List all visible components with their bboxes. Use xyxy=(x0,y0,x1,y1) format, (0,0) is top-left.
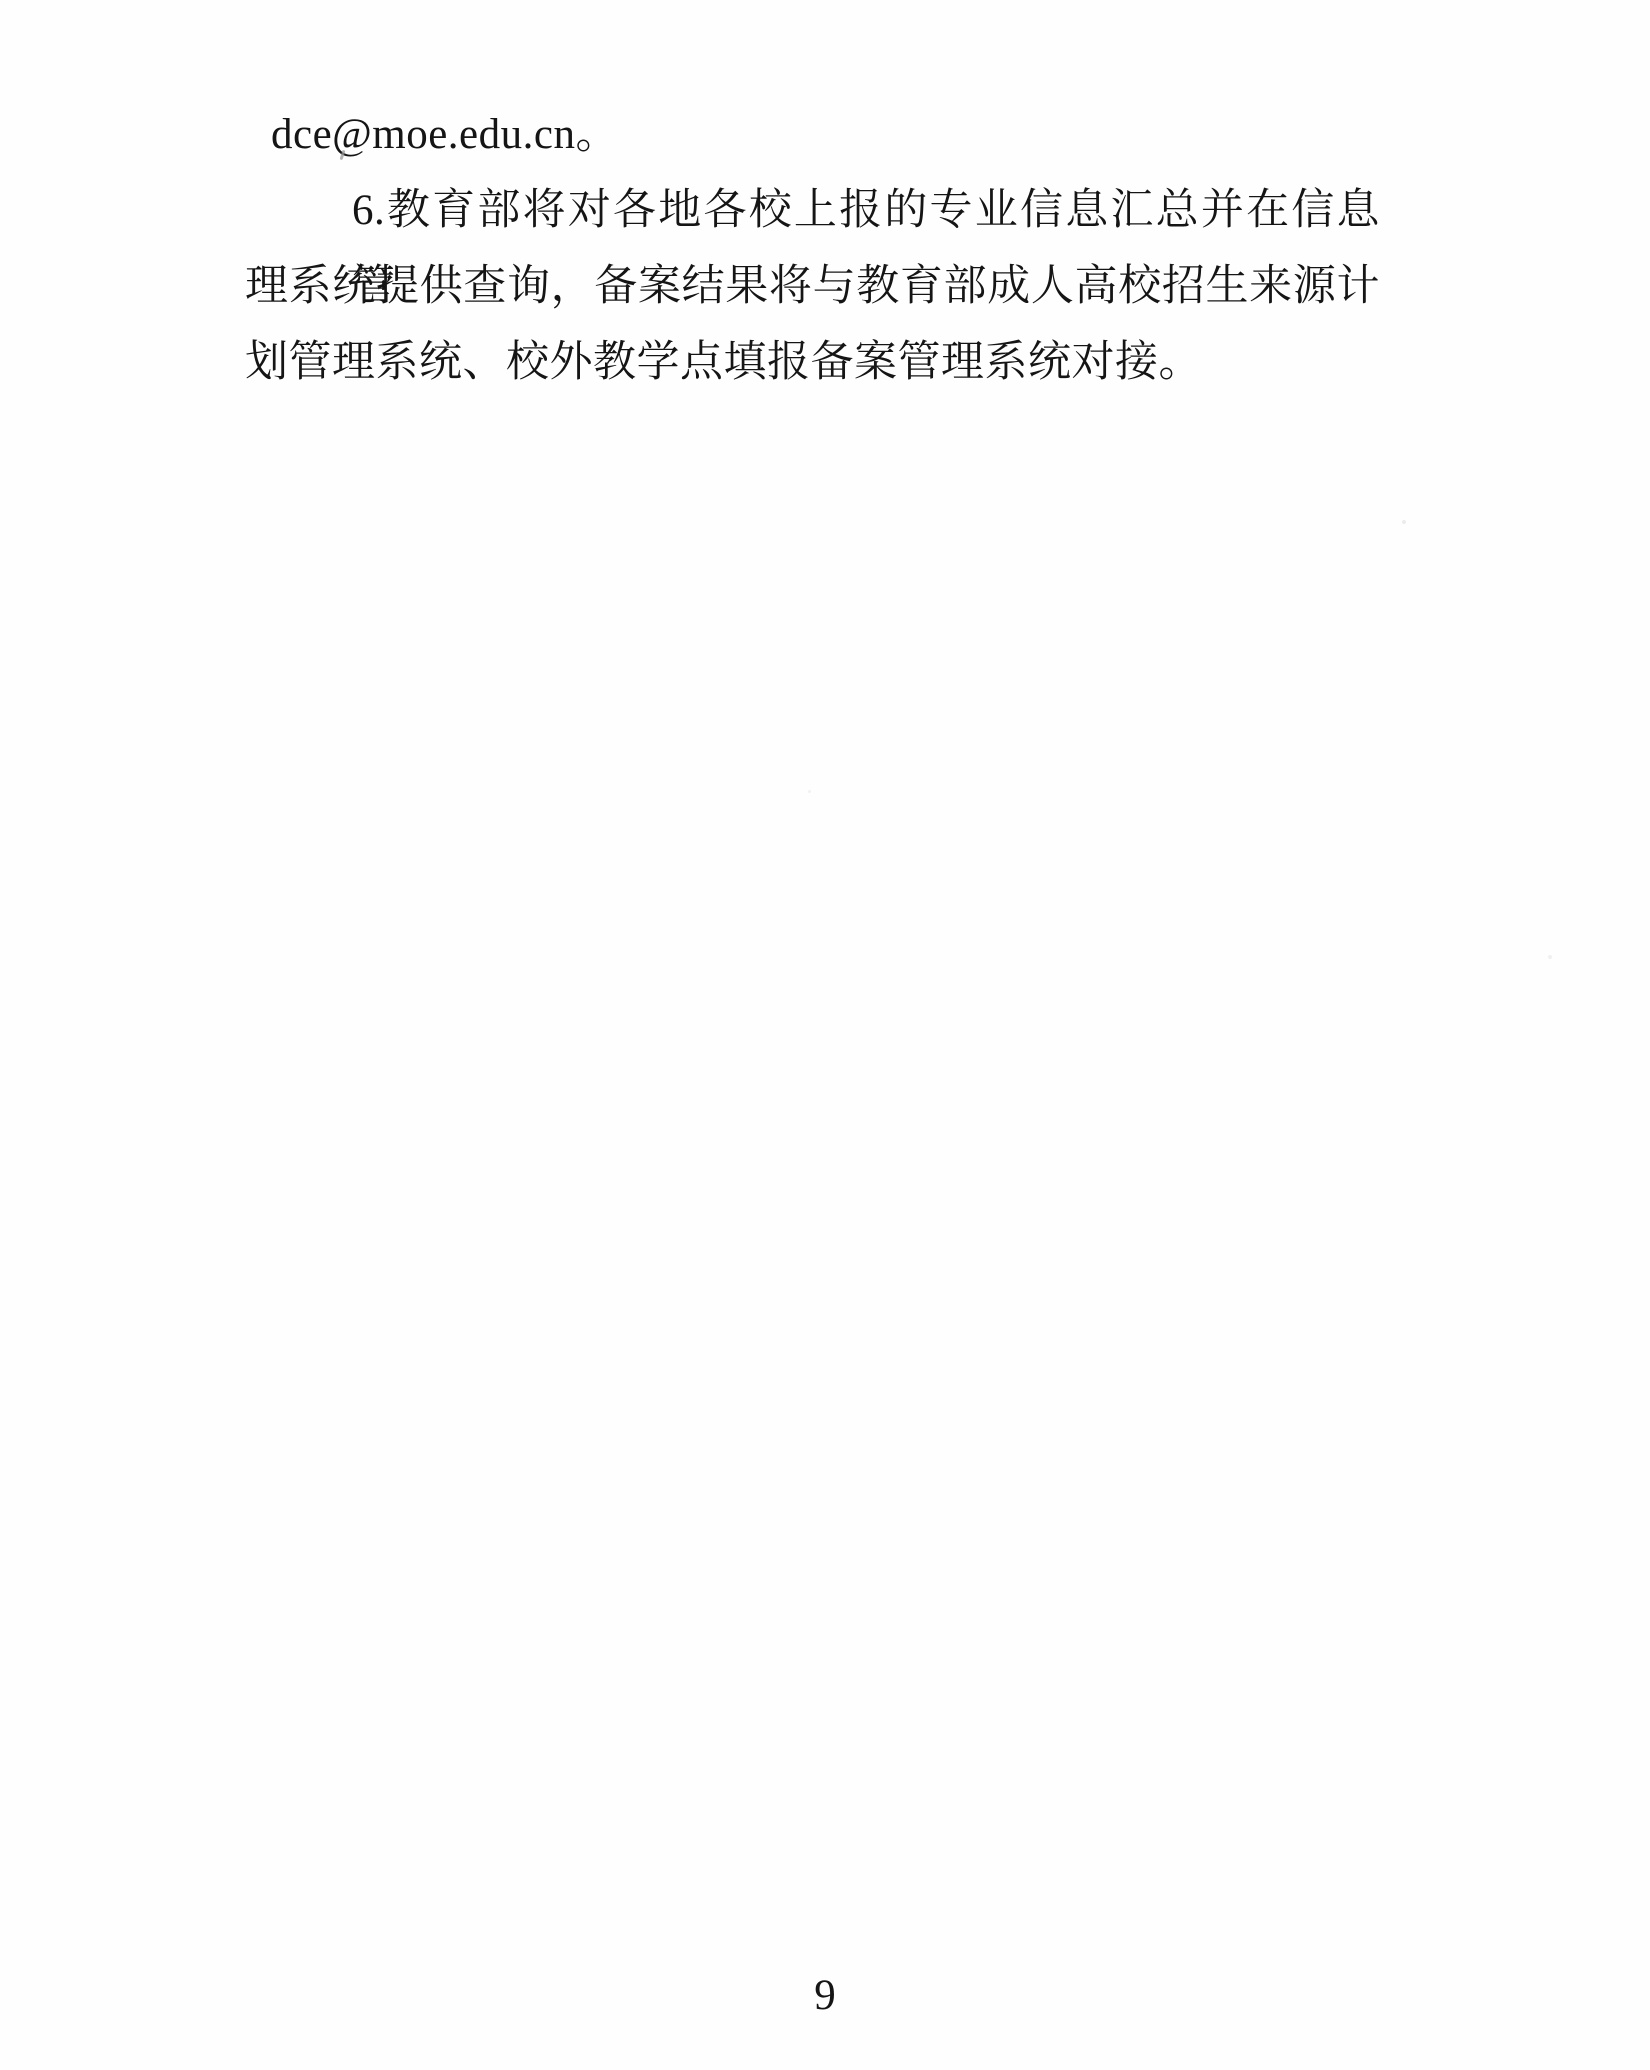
scan-speck xyxy=(1402,520,1406,524)
email-continuation-line: dce@moe.edu.cn。 xyxy=(245,97,1380,173)
scan-speck xyxy=(808,790,811,793)
document-page: dce@moe.edu.cn。 6.教育部将对各地各校上报的专业信息汇总并在信息… xyxy=(0,0,1650,2070)
paragraph-line: 6.教育部将对各地各校上报的专业信息汇总并在信息管 xyxy=(245,173,1380,249)
paragraph-line: 划管理系统、校外教学点填报备案管理系统对接。 xyxy=(245,325,1380,401)
scan-speck xyxy=(1548,955,1552,959)
paragraph-line: 理系统提供查询，备案结果将与教育部成人高校招生来源计 xyxy=(245,249,1380,325)
body-text-block: dce@moe.edu.cn。 6.教育部将对各地各校上报的专业信息汇总并在信息… xyxy=(245,97,1380,401)
page-number: 9 xyxy=(0,1958,1650,2034)
